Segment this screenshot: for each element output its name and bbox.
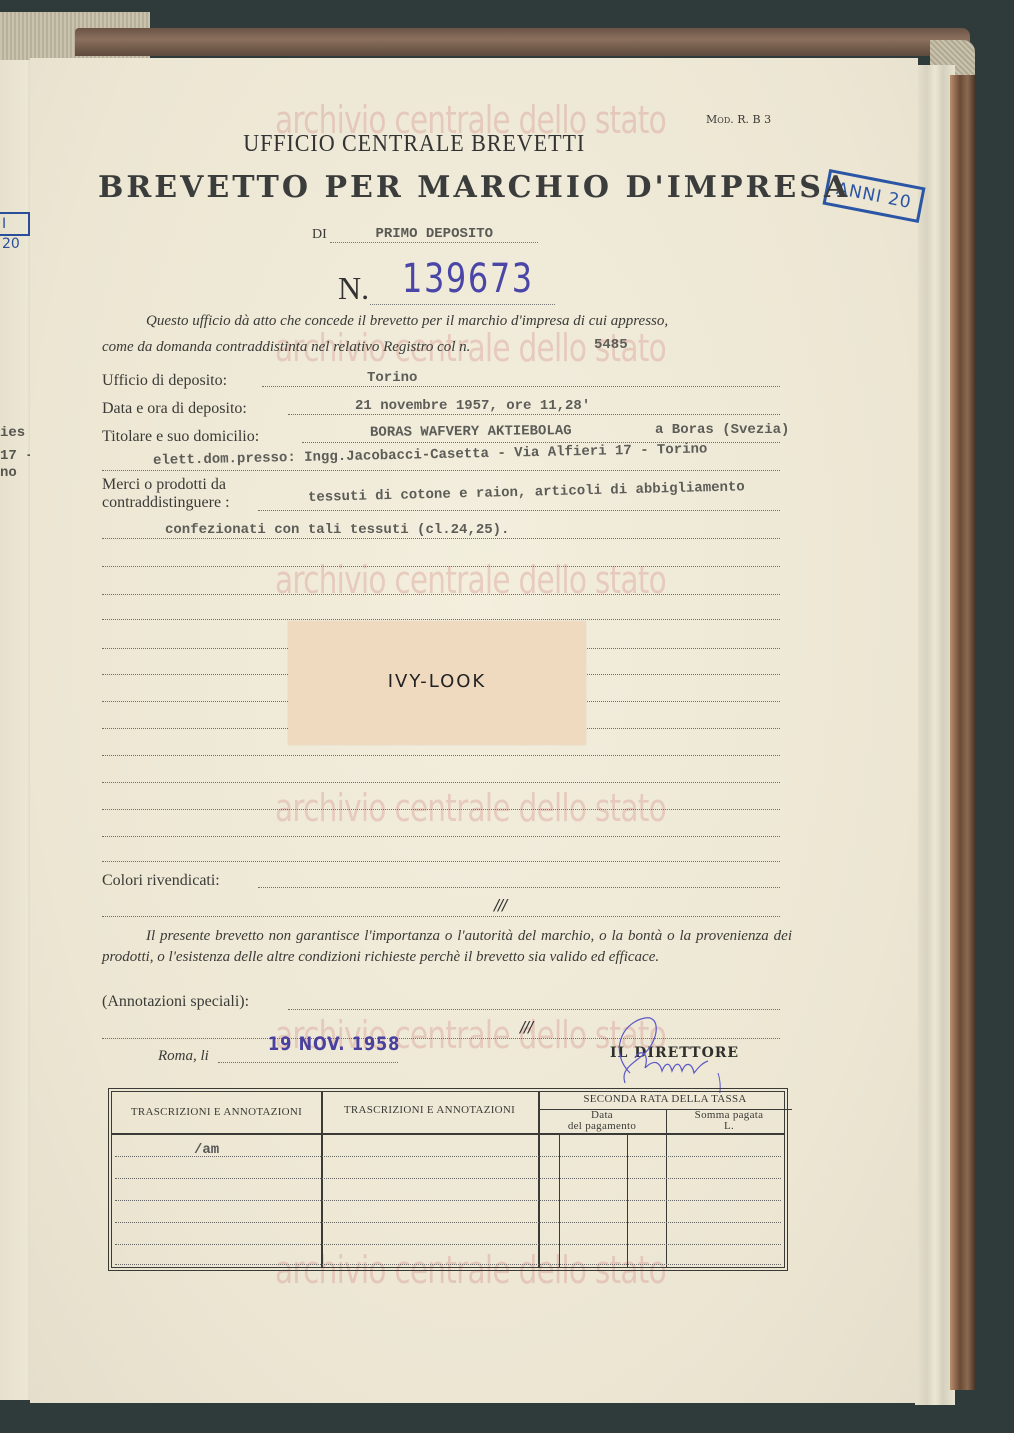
previous-page-stamp: I 20 bbox=[0, 212, 30, 236]
colori-label: Colori rivendicati: bbox=[102, 872, 220, 890]
column-header-seconda-rata: SECONDA RATA DELLA TASSA bbox=[538, 1093, 792, 1105]
domicilio-line bbox=[102, 470, 780, 471]
column-header-data: Data del pagamento bbox=[538, 1110, 666, 1132]
merci-line-1 bbox=[258, 510, 780, 511]
page-stack-edge bbox=[915, 65, 955, 1405]
date-stamp: 19 NOV. 1958 bbox=[268, 1033, 400, 1055]
table-row-line bbox=[115, 1264, 781, 1265]
number-label: N. bbox=[338, 270, 369, 307]
table-row-line bbox=[115, 1222, 781, 1223]
annotazioni-label: (Annotazioni speciali): bbox=[102, 993, 249, 1011]
annotazioni-line bbox=[288, 1009, 780, 1010]
office-heading: UFFICIO CENTRALE BREVETTI bbox=[66, 131, 883, 158]
patent-certificate-page: archivio centrale dello stato archivio c… bbox=[30, 58, 918, 1403]
blank-line bbox=[102, 836, 780, 837]
table-row-line bbox=[115, 1200, 781, 1201]
patent-number-stamp: 139673 bbox=[402, 256, 534, 302]
table-divider bbox=[666, 1135, 667, 1267]
deposit-type-row: DI PRIMO DEPOSITO bbox=[312, 226, 538, 243]
merci-label-2: contraddistinguere : bbox=[102, 494, 230, 512]
blank-line bbox=[102, 566, 780, 567]
titolare-line bbox=[302, 442, 780, 443]
place-date-line bbox=[218, 1062, 398, 1063]
blank-line bbox=[102, 755, 780, 756]
data-label: Data e ora di deposito: bbox=[102, 400, 247, 418]
document-title: BREVETTO PER MARCHIO D'IMPRESA bbox=[98, 170, 850, 205]
trademark-specimen-label: IVY-LOOK bbox=[288, 621, 586, 745]
director-signature bbox=[590, 1013, 740, 1093]
column-header-somma: Somma pagata L. bbox=[666, 1110, 792, 1132]
table-row-line bbox=[115, 1178, 781, 1179]
transcriptions-table: TRASCRIZIONI E ANNOTAZIONI TRASCRIZIONI … bbox=[108, 1088, 788, 1271]
data-line bbox=[288, 414, 780, 415]
table-row-line bbox=[115, 1156, 781, 1157]
number-field-line bbox=[370, 304, 555, 305]
intro-text-line-2: come da domanda contraddistinta nel rela… bbox=[102, 339, 470, 356]
ufficio-line bbox=[262, 386, 780, 387]
table-header-bottom bbox=[112, 1133, 784, 1135]
place-label: Roma, li bbox=[158, 1048, 209, 1065]
merci-line-2 bbox=[102, 538, 780, 539]
titolare-label: Titolare e suo domicilio: bbox=[102, 428, 259, 446]
colori-line-2 bbox=[102, 916, 780, 917]
colori-line bbox=[258, 887, 780, 888]
form-code: Mod. R. B 3 bbox=[706, 113, 771, 126]
ufficio-value: Torino bbox=[367, 370, 417, 386]
watermark: archivio centrale dello stato bbox=[275, 786, 666, 830]
di-label: DI bbox=[312, 227, 327, 242]
table-row-line bbox=[115, 1244, 781, 1245]
table-divider bbox=[559, 1135, 560, 1267]
table-divider bbox=[627, 1135, 628, 1267]
book-cover-edge-top bbox=[75, 28, 970, 56]
watermark: archivio centrale dello stato bbox=[275, 558, 666, 602]
deposit-type-value: PRIMO DEPOSITO bbox=[375, 226, 493, 242]
ufficio-label: Ufficio di deposito: bbox=[102, 372, 227, 390]
blank-line bbox=[102, 619, 780, 620]
trademark-specimen-text: IVY-LOOK bbox=[288, 671, 586, 692]
previous-page-text: 17 - bbox=[0, 448, 34, 464]
blank-line bbox=[102, 782, 780, 783]
intro-text-line-1: Questo ufficio dà atto che concede il br… bbox=[146, 313, 668, 330]
merci-label-1: Merci o prodotti da bbox=[102, 476, 226, 494]
data-value: 21 novembre 1957, ore 11,28' bbox=[355, 398, 590, 414]
merci-value-1: tessuti di cotone e raion, articoli di a… bbox=[308, 479, 745, 506]
column-header-transcriptions-1: TRASCRIZIONI E ANNOTAZIONI bbox=[112, 1106, 321, 1118]
previous-page-edge: I 20 ies 17 - no bbox=[0, 60, 34, 1400]
titolare-value: BORAS WAFVERY AKTIEBOLAG bbox=[370, 423, 572, 441]
column-header-transcriptions-2: TRASCRIZIONI E ANNOTAZIONI bbox=[321, 1104, 538, 1116]
deposit-type-field: PRIMO DEPOSITO bbox=[330, 226, 538, 243]
blank-line bbox=[102, 594, 780, 595]
previous-page-text: ies bbox=[0, 425, 25, 441]
colori-value: /// bbox=[494, 896, 506, 914]
book-cover-edge-right bbox=[950, 75, 975, 1390]
annotazioni-value: /// bbox=[520, 1018, 532, 1036]
disclaimer-text: Il presente brevetto non garantisce l'im… bbox=[102, 926, 792, 968]
table-divider bbox=[321, 1092, 323, 1267]
registro-number: 5485 bbox=[594, 337, 628, 353]
merci-value-2: confezionati con tali tessuti (cl.24,25)… bbox=[165, 522, 509, 538]
titolare-location: a Boras (Svezia) bbox=[655, 422, 789, 438]
blank-line bbox=[102, 809, 780, 810]
blank-line bbox=[102, 861, 780, 862]
previous-page-text: no bbox=[0, 465, 17, 481]
